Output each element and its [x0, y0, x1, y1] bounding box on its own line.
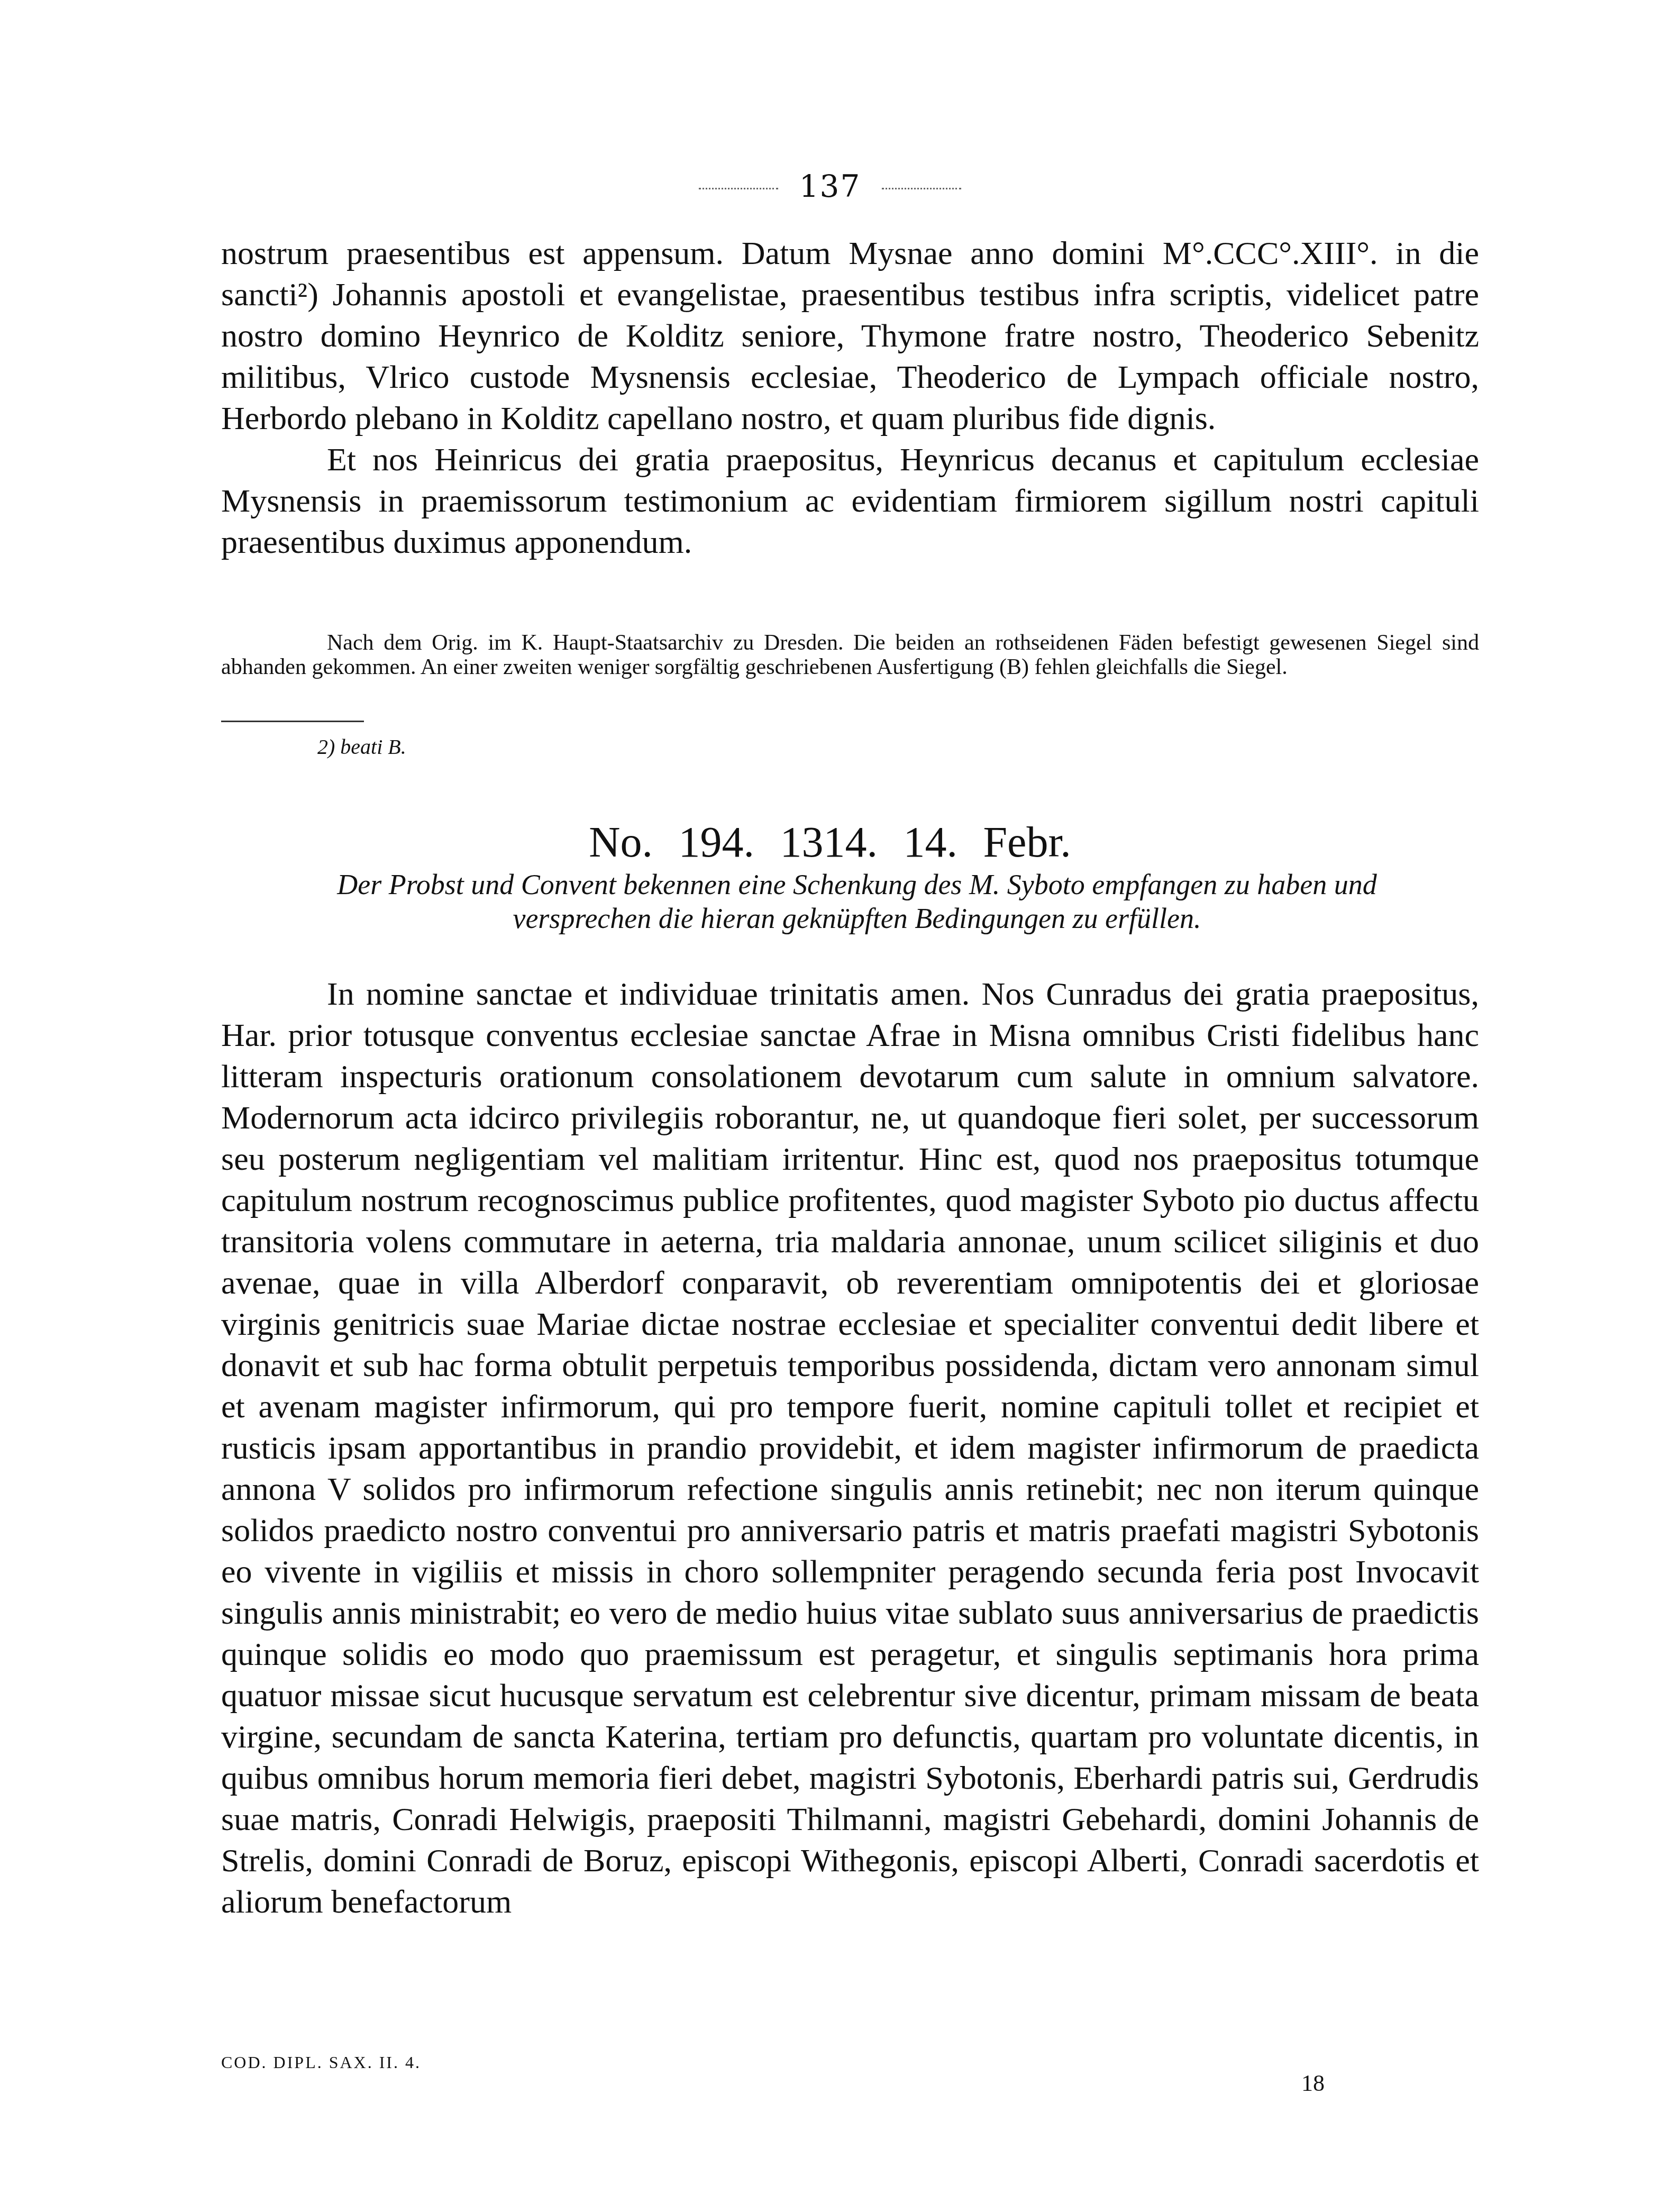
header-rule-right [882, 188, 961, 189]
page-number: 137 [799, 168, 861, 204]
page-header: 137 [0, 168, 1660, 204]
corroboration-paragraph: Et nos Heinricus dei gratia praepositus,… [221, 439, 1479, 563]
sheet-number: 18 [1301, 2070, 1325, 2097]
header-rule-left [699, 188, 778, 189]
volume-signature: COD. DIPL. SAX. II. 4. [221, 2053, 421, 2072]
closing-paragraph: nostrum praesentibus est appensum. Datum… [221, 233, 1479, 439]
previous-document-text: nostrum praesentibus est appensum. Datum… [221, 233, 1479, 563]
document-heading: No. 194. 1314. 14. Febr. [0, 817, 1660, 867]
document-text: In nomine sanctae et individuae trinitat… [221, 973, 1479, 1923]
source-note: Nach dem Orig. im K. Haupt-Staatsarchiv … [221, 631, 1479, 679]
footnote-rule [221, 721, 364, 722]
book-page: 137 nostrum praesentibus est appensum. D… [0, 0, 1660, 2212]
charter-text: In nomine sanctae et individuae trinitat… [221, 973, 1479, 1923]
footnote: 2) beati B. [317, 734, 406, 759]
document-summary: Der Probst und Convent bekennen eine Sch… [275, 868, 1439, 935]
source-note-text: Nach dem Orig. im K. Haupt-Staatsarchiv … [221, 631, 1479, 679]
